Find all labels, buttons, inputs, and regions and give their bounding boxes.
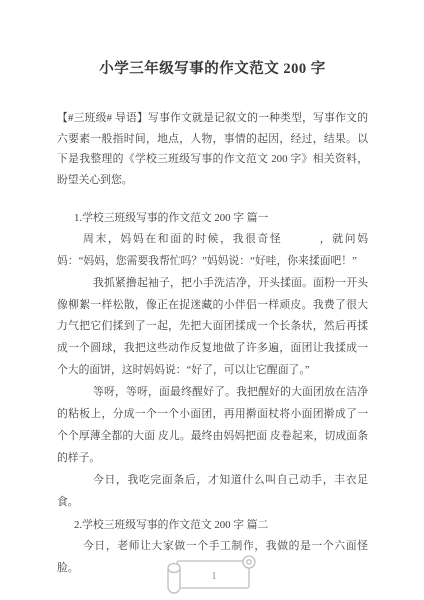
- scroll-top-curl-inner: [247, 560, 251, 564]
- page-title: 小学三年级写事的作文范文 200 字: [57, 58, 368, 80]
- paragraph: 等呀，等呀，面最终醒好了。我把醒好的大面团放在洁净的粘板上，分成一个一个小面团，…: [57, 382, 368, 470]
- page-number: 1: [212, 571, 217, 582]
- scroll-bottom-roll-cap: [168, 564, 180, 573]
- paragraph: 周末，妈妈在和面的时候，我很奇怪 ，就问妈妈：“妈妈，您需要我帮忙吗？”妈妈说：…: [57, 229, 368, 273]
- page-footer: 1: [0, 552, 424, 596]
- document-page: 小学三年级写事的作文范文 200 字 【#三班级# 导语】写事作文就是记叙文的一…: [0, 0, 424, 600]
- paragraph: 今日，我吃完面条后，才知道什么叫自己动手，丰衣足食。: [57, 470, 368, 514]
- section-heading: 2.学校三班级写事的作文范文 200 字 篇二: [57, 514, 368, 536]
- sections: 1.学校三班级写事的作文范文 200 字 篇一周末，妈妈在和面的时候，我很奇怪 …: [57, 207, 368, 580]
- section-heading: 1.学校三班级写事的作文范文 200 字 篇一: [57, 207, 368, 229]
- intro-paragraph: 【#三班级# 导语】写事作文就是记叙文的一种类型，写事作文的六要素一般指时间，地…: [57, 108, 368, 191]
- paragraph: 我抓紧撸起袖子，把小手洗洁净，开头揉面。面粉一开头像柳絮一样松散，像正在捉迷藏的…: [57, 273, 368, 383]
- scroll-banner-icon: 1: [157, 552, 267, 596]
